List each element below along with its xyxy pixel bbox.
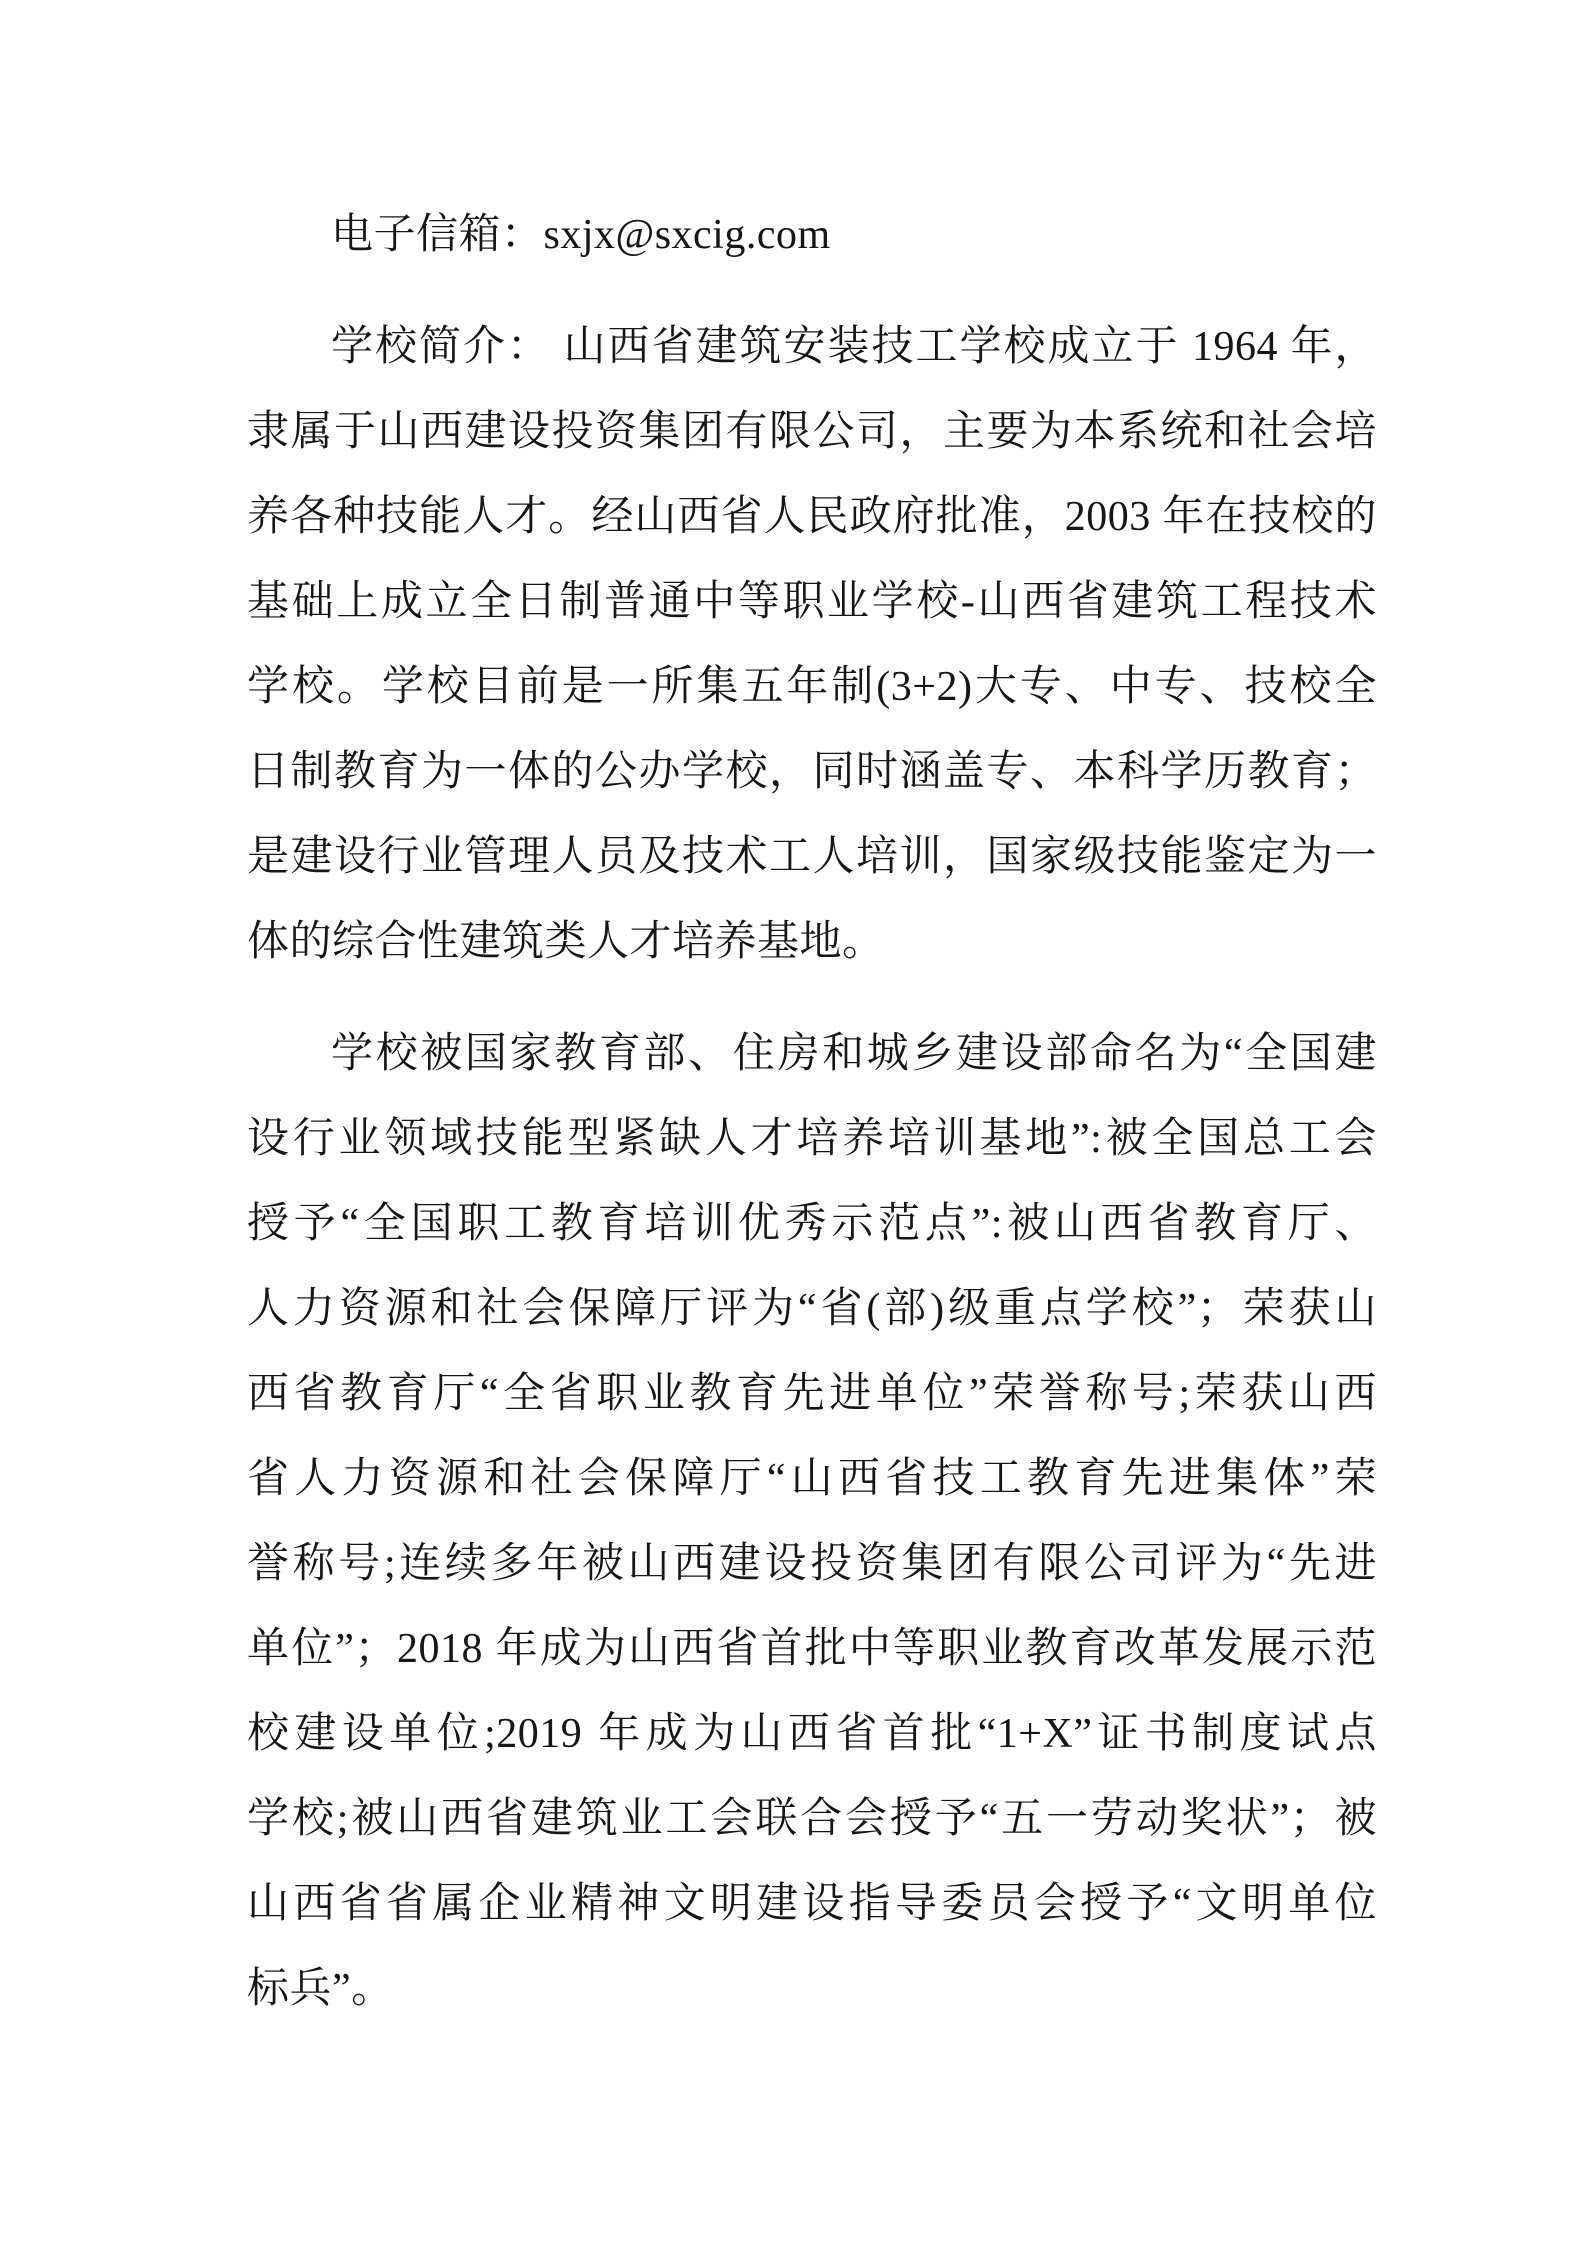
text-line: 授予“全国职工教育培训优秀示范点”:被山西省教育厅、 [247,1182,1377,1267]
text-line: 标兵”。 [247,1947,1377,2032]
text-line: 日制教育为一体的公办学校，同时涵盖专、本科学历教育； [247,730,1377,815]
text-line: 电子信箱：sxjx@sxcig.com [247,193,1377,278]
text-line: 山西省省属企业精神文明建设指导委员会授予“文明单位 [247,1862,1377,1947]
text-line: 西省教育厅“全省职业教育先进单位”荣誉称号;荣获山西 [247,1352,1377,1437]
text-line: 校建设单位;2019 年成为山西省首批“1+X”证书制度试点 [247,1692,1377,1777]
text-line: 体的综合性建筑类人才培养基地。 [247,900,1377,985]
text-line: 省人力资源和社会保障厅“山西省技工教育先进集体”荣 [247,1437,1377,1522]
text-line: 学校;被山西省建筑业工会联合会授予“五一劳动奖状”；被 [247,1777,1377,1862]
text-line: 单位”；2018 年成为山西省首批中等职业教育改革发展示范 [247,1607,1377,1692]
text-line: 隶属于山西建设投资集团有限公司，主要为本系统和社会培 [247,390,1377,475]
text-line: 设行业领域技能型紧缺人才培养培训基地”:被全国总工会 [247,1097,1377,1182]
document-page: 电子信箱：sxjx@sxcig.com学校简介： 山西省建筑安装技工学校成立于 … [0,0,1587,2245]
email-line: 电子信箱：sxjx@sxcig.com [247,193,1377,278]
school-intro-paragraph: 学校简介： 山西省建筑安装技工学校成立于 1964 年，隶属于山西建设投资集团有… [247,305,1377,985]
text-line: 学校简介： 山西省建筑安装技工学校成立于 1964 年， [247,305,1377,390]
school-honors-paragraph: 学校被国家教育部、住房和城乡建设部命名为“全国建设行业领域技能型紧缺人才培养培训… [247,1012,1377,2032]
text-line: 养各种技能人才。经山西省人民政府批准，2003 年在技校的 [247,475,1377,560]
text-line: 誉称号;连续多年被山西建设投资集团有限公司评为“先进 [247,1522,1377,1607]
text-line: 是建设行业管理人员及技术工人培训，国家级技能鉴定为一 [247,815,1377,900]
text-line: 人力资源和社会保障厅评为“省(部)级重点学校”；荣获山 [247,1267,1377,1352]
document-body: 电子信箱：sxjx@sxcig.com学校简介： 山西省建筑安装技工学校成立于 … [247,193,1377,2059]
text-line: 学校被国家教育部、住房和城乡建设部命名为“全国建 [247,1012,1377,1097]
text-line: 学校。学校目前是一所集五年制(3+2)大专、中专、技校全 [247,645,1377,730]
text-line: 基础上成立全日制普通中等职业学校-山西省建筑工程技术 [247,560,1377,645]
